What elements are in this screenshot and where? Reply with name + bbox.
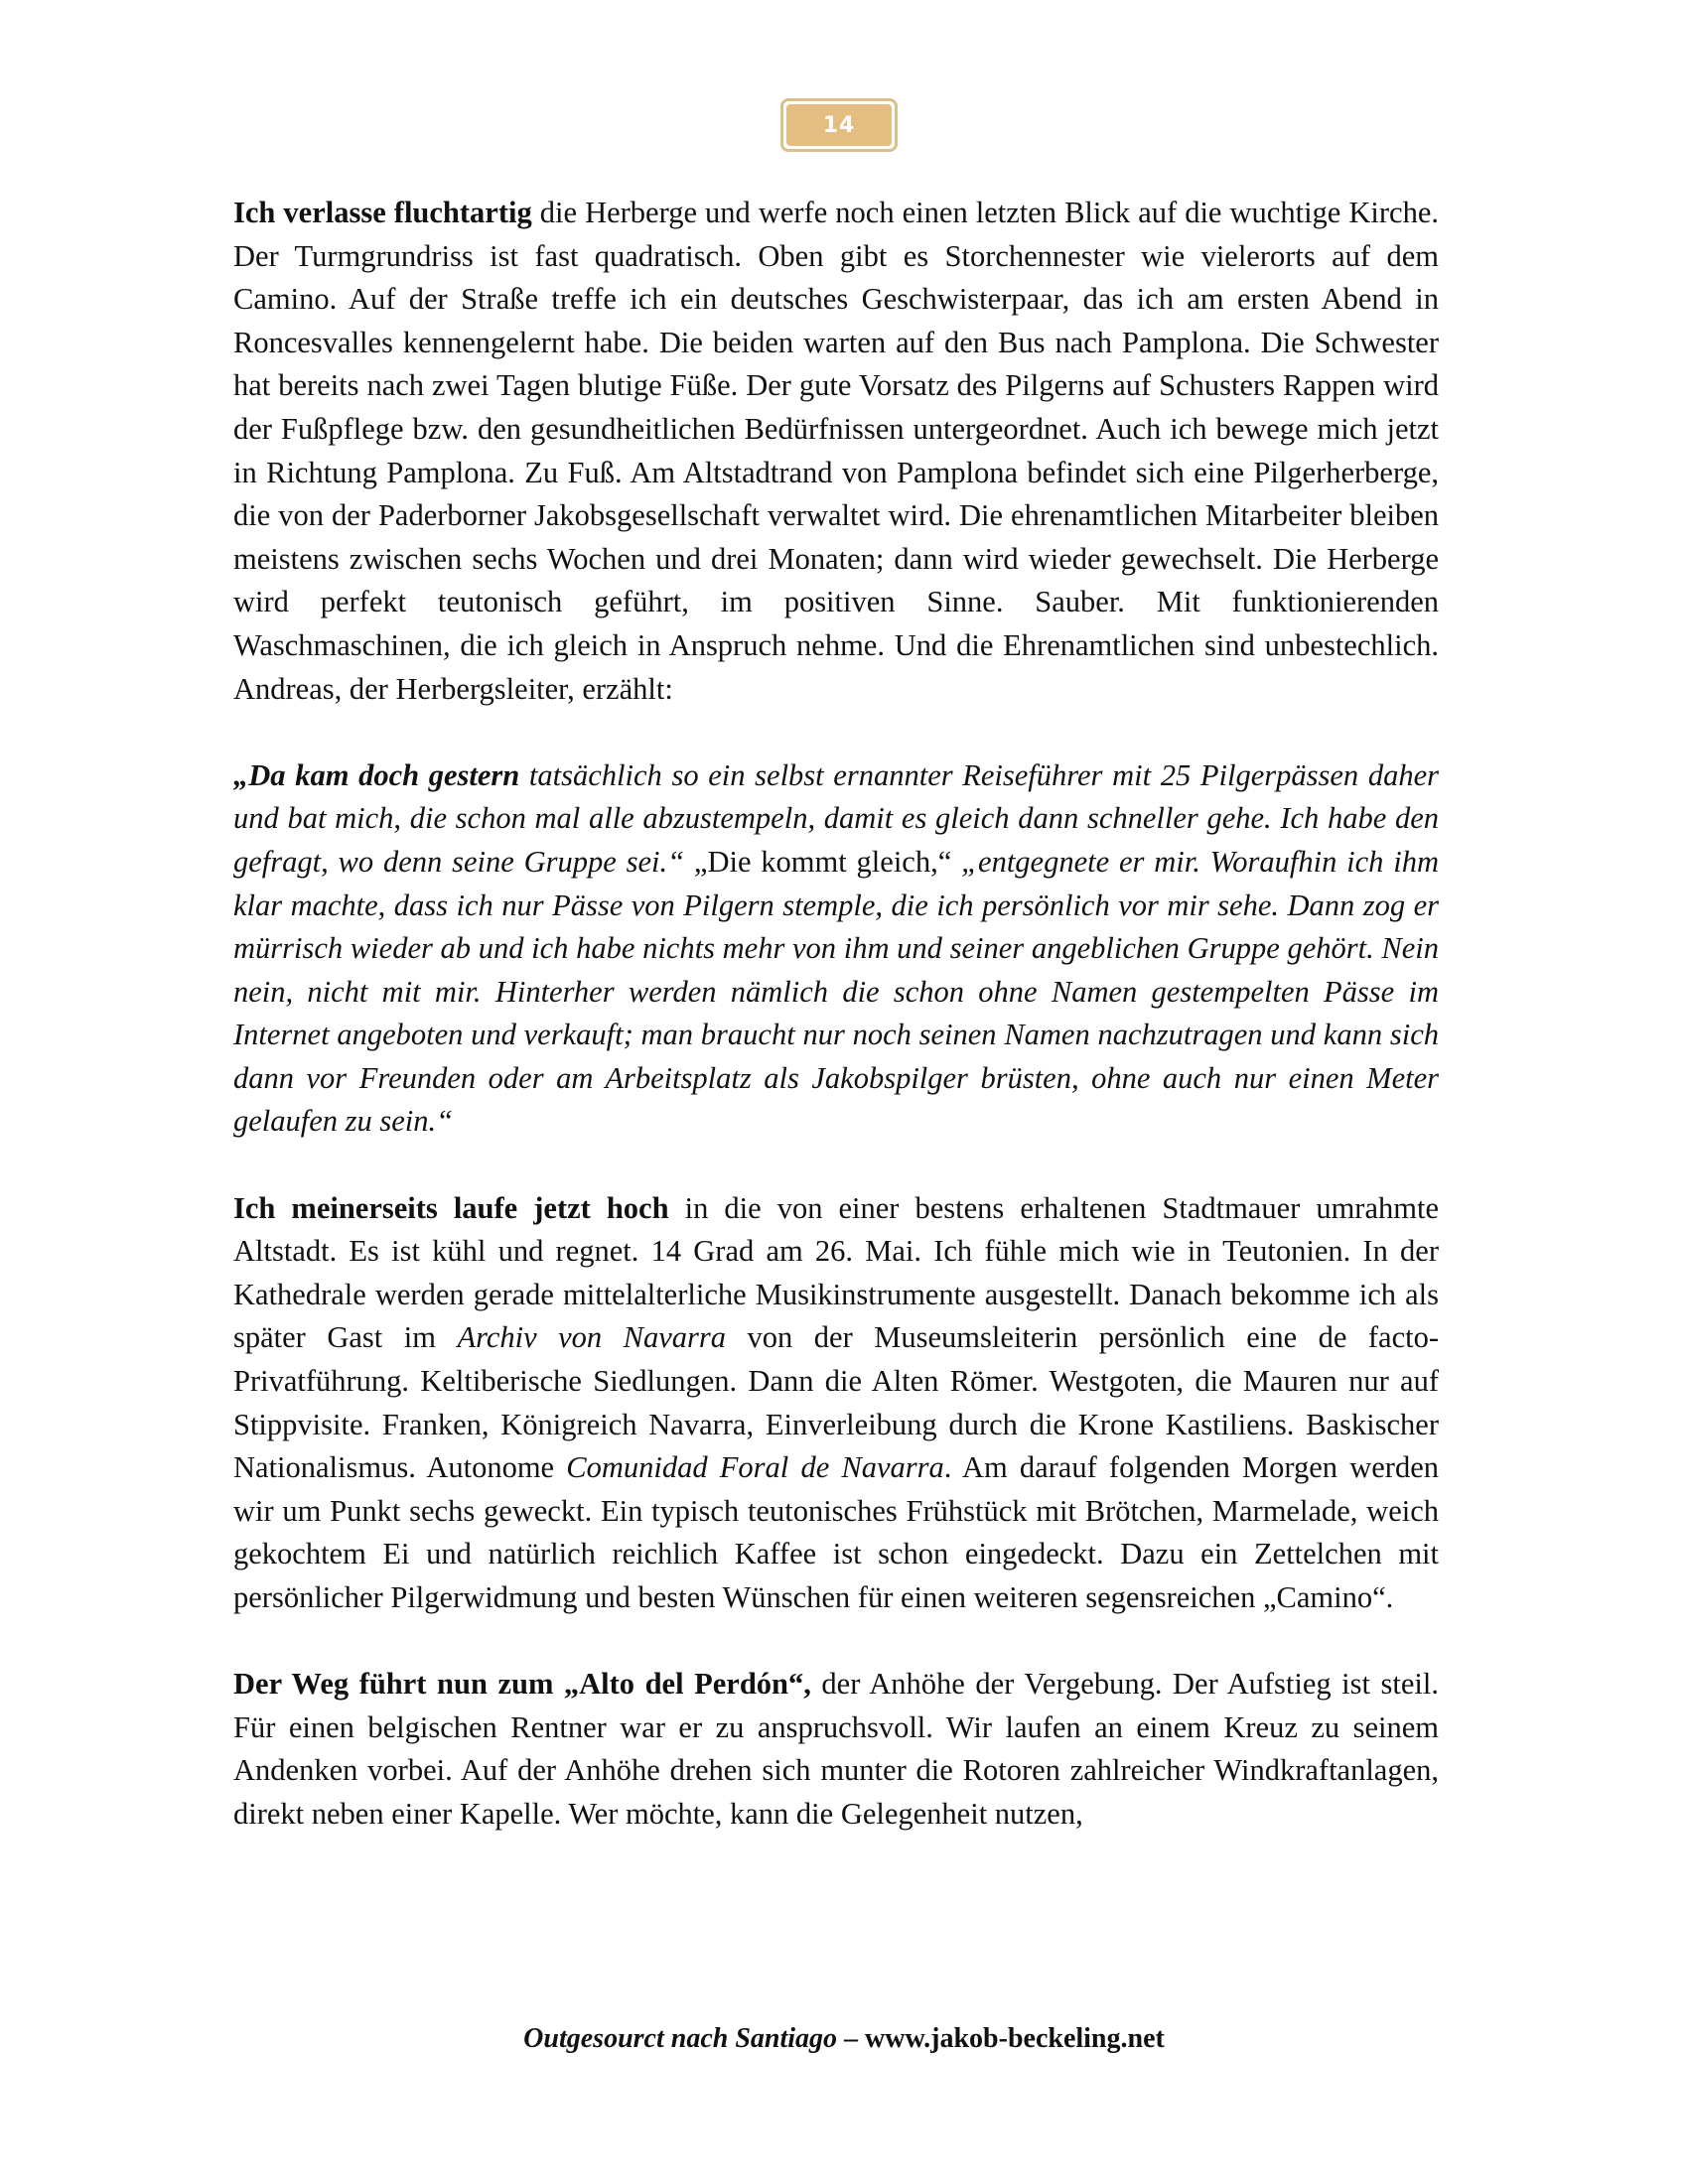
paragraph-lead: Ich verlasse fluchtartig xyxy=(233,196,532,229)
paragraph-lead: Der Weg führt nun zum „Alto del Perdón“, xyxy=(233,1667,811,1701)
italic-comunidad: Comunidad Foral de Navarra xyxy=(566,1450,944,1484)
footer-website: www.jakob-beckeling.net xyxy=(865,2023,1165,2054)
document-body: Ich verlasse fluchtartig die Herberge un… xyxy=(233,192,1439,1879)
quote-herbergsleiter: „Da kam doch gestern tatsächlich so ein … xyxy=(233,754,1439,1144)
footer-separator: – xyxy=(837,2023,865,2054)
page-footer: Outgesourct nach Santiago – www.jakob-be… xyxy=(0,2023,1688,2055)
quote-upright-speech: „Die kommt gleich,“ xyxy=(694,845,951,879)
paragraph-herberge: Ich verlasse fluchtartig die Herberge un… xyxy=(233,192,1439,711)
italic-archiv: Archiv von Navarra xyxy=(457,1320,726,1354)
footer-book-title: Outgesourct nach Santiago xyxy=(523,2023,837,2054)
page-number-badge: 14 xyxy=(780,98,898,152)
page-number: 14 xyxy=(786,104,892,146)
paragraph-text: die Herberge und werfe noch einen letzte… xyxy=(233,196,1439,706)
paragraph-alto-del-perdon: Der Weg führt nun zum „Alto del Perdón“,… xyxy=(233,1663,1439,1836)
paragraph-altstadt: Ich meinerseits laufe jetzt hoch in die … xyxy=(233,1187,1439,1620)
quote-lead: „Da kam doch gestern xyxy=(233,758,519,792)
quote-text-b: „entgegnete er mir. Woraufhin ich ihm kl… xyxy=(233,845,1439,1139)
paragraph-lead: Ich meinerseits laufe jetzt hoch xyxy=(233,1191,669,1225)
